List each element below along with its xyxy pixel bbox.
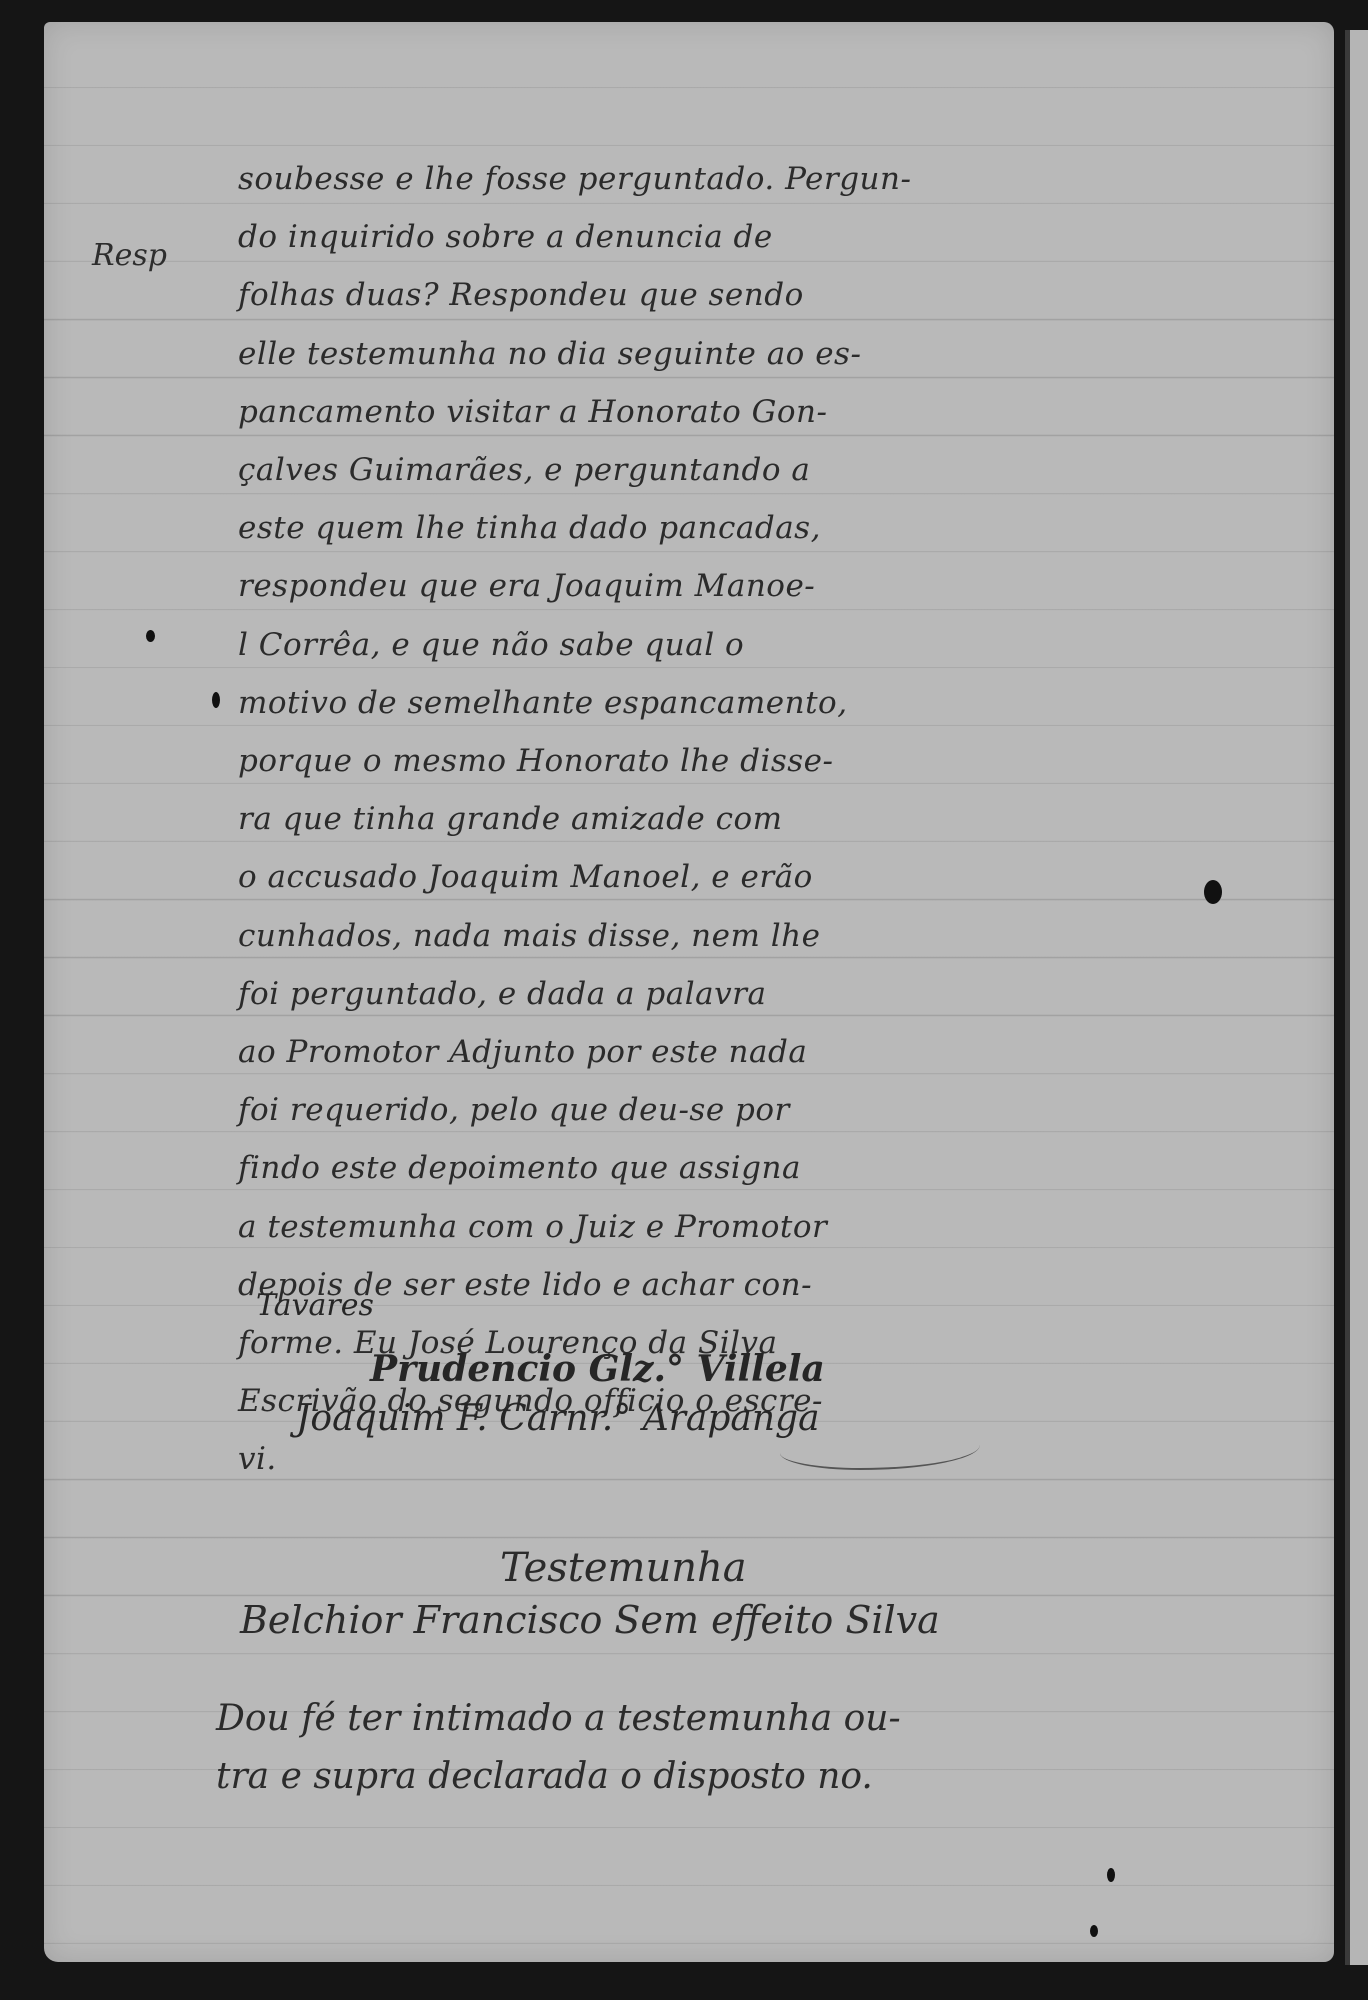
section-heading: Testemunha xyxy=(500,1545,747,1591)
ink-blot xyxy=(146,630,155,642)
body-line: depois de ser este lido e achar con- xyxy=(238,1256,1238,1314)
margin-note: Resp xyxy=(92,238,167,273)
body-line: elle testemunha no dia seguinte ao es- xyxy=(238,325,1238,383)
ink-blot xyxy=(1107,1868,1115,1882)
closing-text: Dou fé ter intimado a testemunha ou- tra… xyxy=(216,1690,901,1806)
body-line: pancamento visitar a Honorato Gon- xyxy=(238,383,1238,441)
body-line: porque o mesmo Honorato lhe disse- xyxy=(238,732,1238,790)
body-line: foi perguntado, e dada a palavra xyxy=(238,965,1238,1023)
closing-line: Dou fé ter intimado a testemunha ou- xyxy=(216,1690,901,1748)
document-scan: Resp soubesse e lhe fosse perguntado. Pe… xyxy=(0,0,1368,2000)
closing-line: tra e supra declarada o disposto no. xyxy=(216,1748,901,1806)
ink-blot xyxy=(212,692,220,708)
body-line: l Corrêa, e que não sabe qual o xyxy=(238,616,1238,674)
body-line: soubesse e lhe fosse perguntado. Pergun- xyxy=(238,150,1238,208)
signature-prudencio: Prudencio Glz.° Villela xyxy=(370,1348,825,1390)
witness-name: Belchior Francisco Sem effeito Silva xyxy=(240,1598,940,1642)
body-line: vi. xyxy=(238,1430,1238,1488)
body-line: respondeu que era Joaquim Manoe- xyxy=(238,557,1238,615)
testimony-body: soubesse e lhe fosse perguntado. Pergun-… xyxy=(238,150,1238,1489)
body-line: findo este depoimento que assigna xyxy=(238,1139,1238,1197)
body-line: motivo de semelhante espancamento, xyxy=(238,674,1238,732)
body-line: ao Promotor Adjunto por este nada xyxy=(238,1023,1238,1081)
signature-tavares: Tavares xyxy=(256,1288,374,1323)
body-line: o accusado Joaquim Manoel, e erão xyxy=(238,848,1238,906)
body-line: a testemunha com o Juiz e Promotor xyxy=(238,1198,1238,1256)
ink-blot xyxy=(1090,1925,1098,1937)
signature-joaquim: Joaquim F. Carnr.° Arapanga xyxy=(296,1398,820,1439)
adjacent-page-edge xyxy=(1345,30,1368,1965)
body-line: este quem lhe tinha dado pancadas, xyxy=(238,499,1238,557)
body-line: folhas duas? Respondeu que sendo xyxy=(238,266,1238,324)
body-line: do inquirido sobre a denuncia de xyxy=(238,208,1238,266)
body-line: ra que tinha grande amizade com xyxy=(238,790,1238,848)
body-line: cunhados, nada mais disse, nem lhe xyxy=(238,907,1238,965)
body-line: çalves Guimarães, e perguntando a xyxy=(238,441,1238,499)
body-line: foi requerido, pelo que deu-se por xyxy=(238,1081,1238,1139)
ink-blot xyxy=(1204,880,1222,904)
